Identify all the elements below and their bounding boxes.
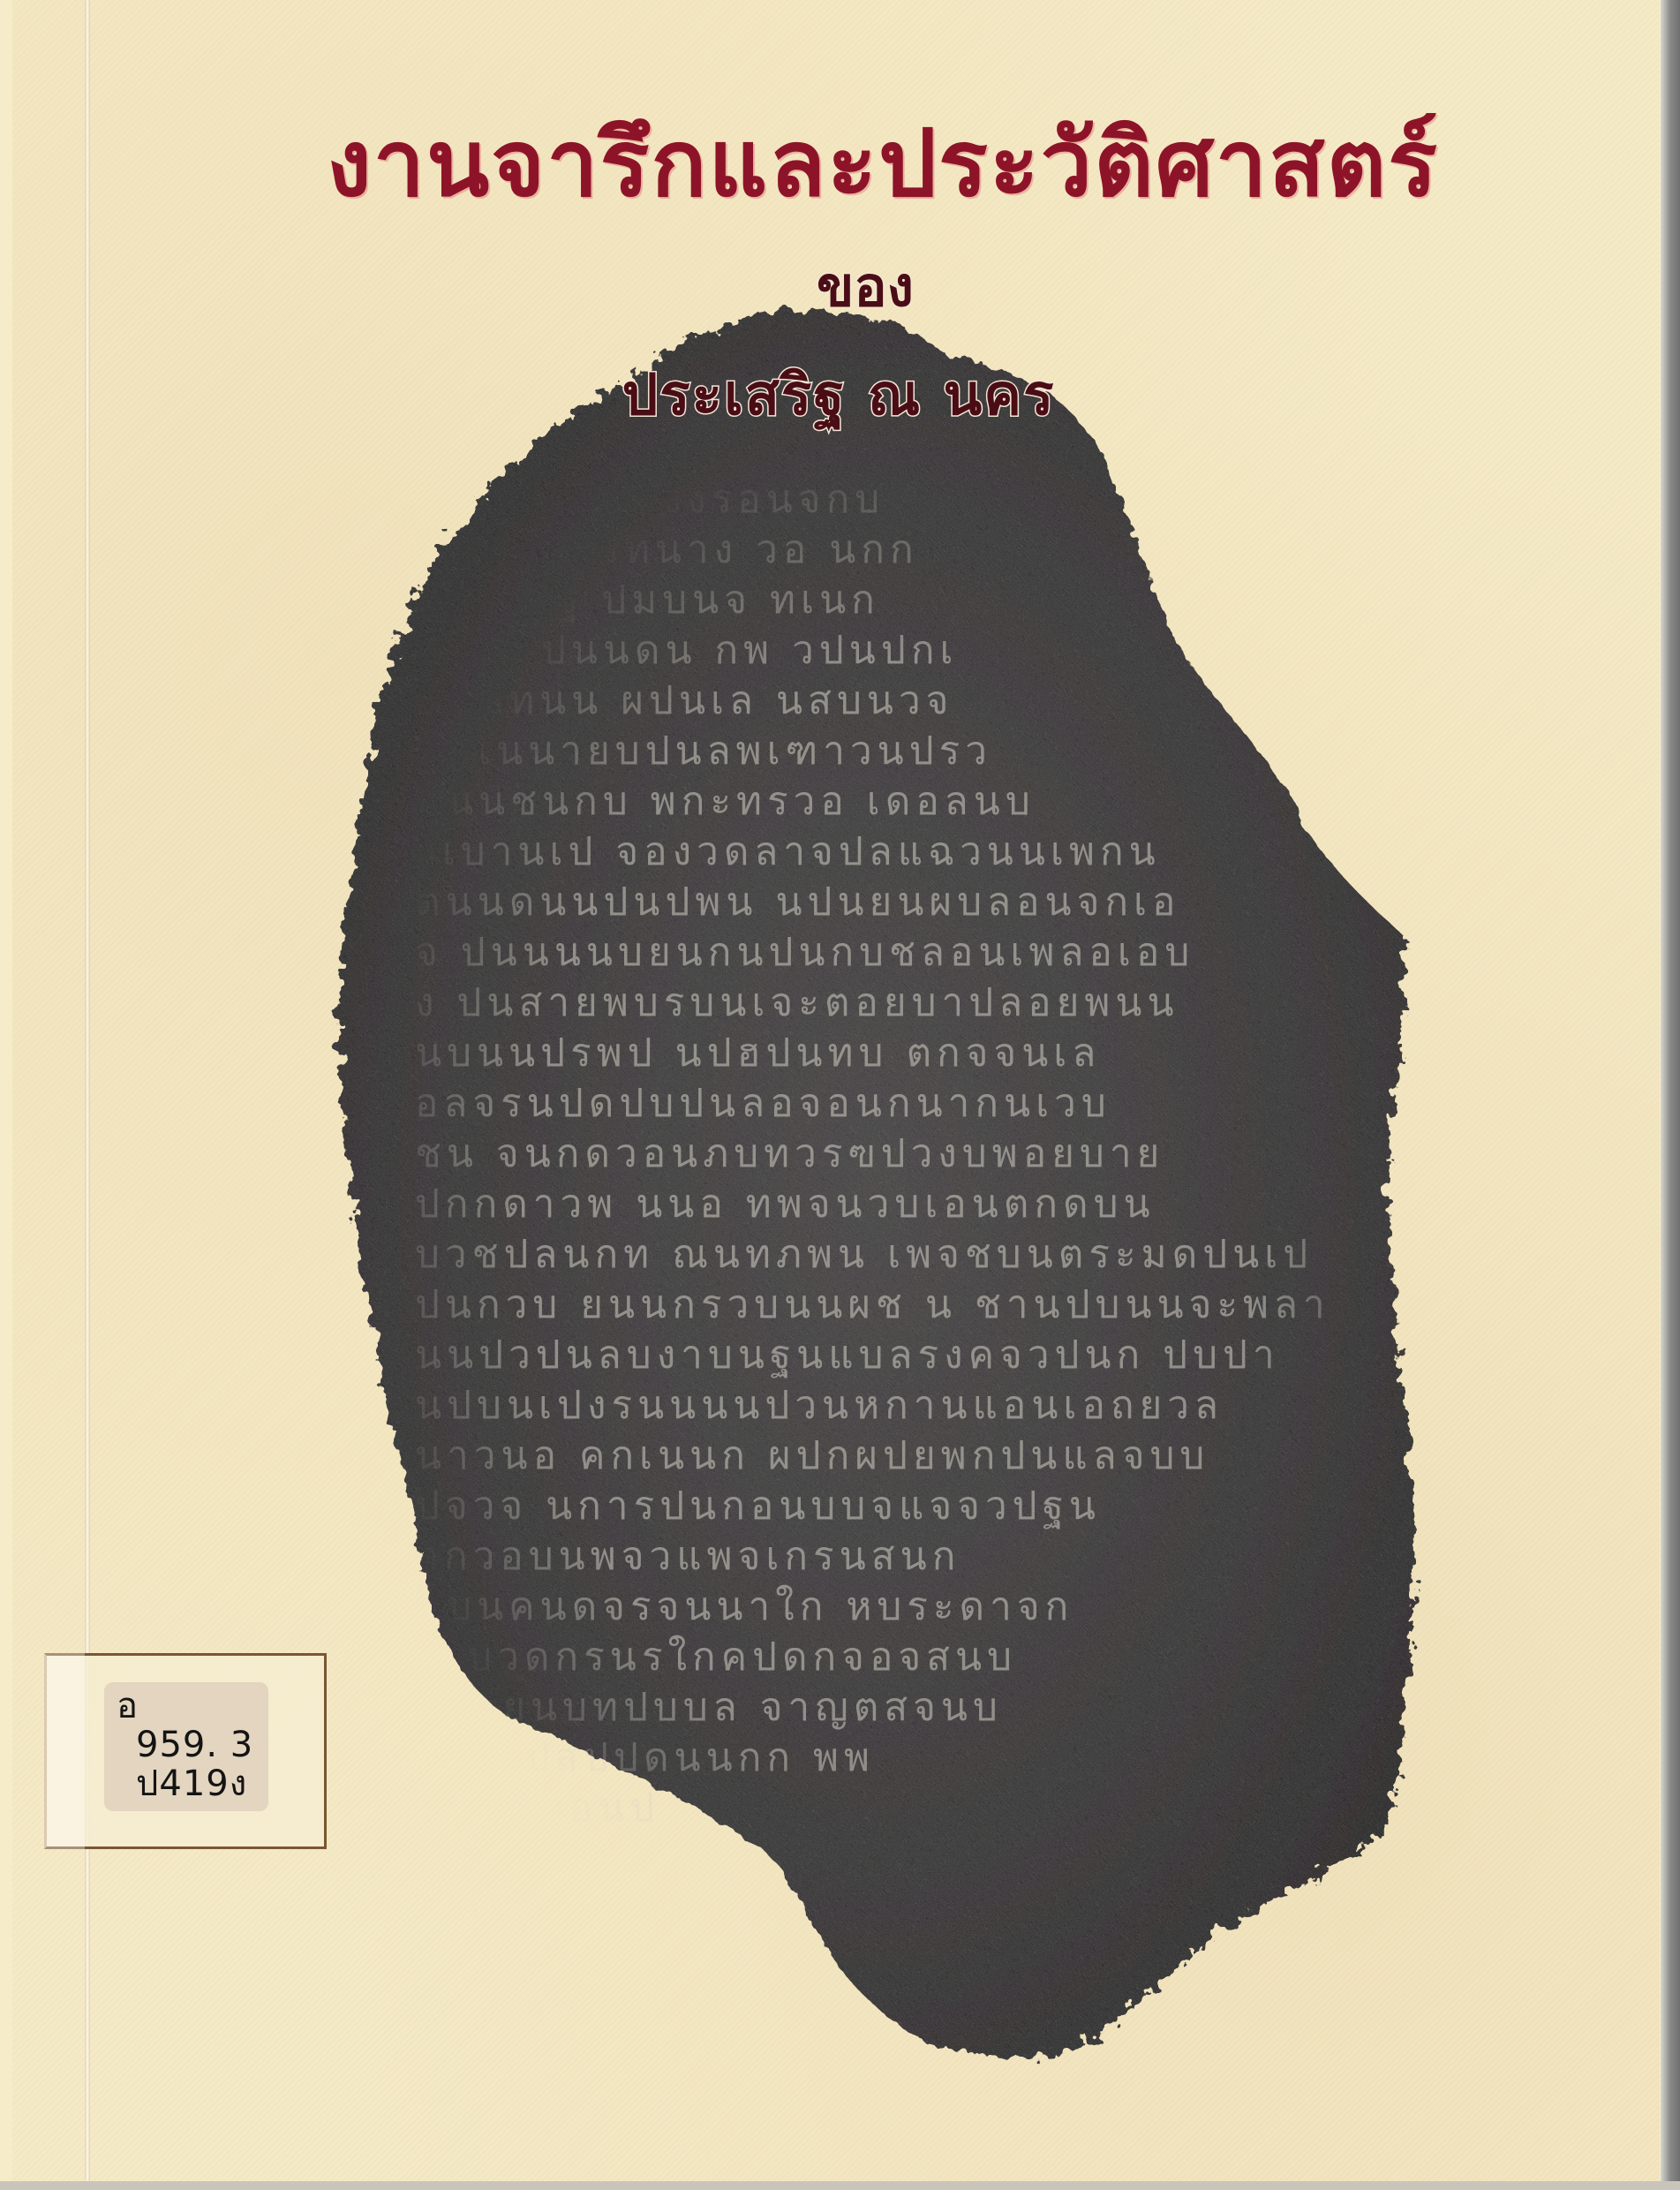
inscription-line: ใจบวดกรนรใกคปดกจอจสนบ: [415, 1632, 1368, 1682]
inscription-line: นปบนเปงรนนนนปวนหกานแอนเอถยวล: [415, 1380, 1368, 1431]
inscription-line: มปานปจงจ งงรอนจกบ: [415, 474, 1368, 525]
inscription-line: ปวดยนบทปบบล จาญตสจนบ: [415, 1682, 1368, 1733]
inscription-line: กดสนปนวทนาง วอ นกก: [415, 525, 1368, 575]
call-number-class: 959. 3: [136, 1725, 253, 1765]
book-title: งานจารึกและประวัติศาสตร์: [309, 106, 1457, 221]
inscription-line: นกเตปสปปดนนกก พพ: [415, 1733, 1368, 1783]
inscription-line: นษเนนายบปนลพเฑาวนปรว: [415, 726, 1368, 776]
inscription-line: นนบนกอนป: [415, 1783, 1368, 1833]
inscription-line: ตนนดนนปนปพน นปนยนผบลอนจกเอ: [415, 877, 1368, 927]
inscription-line: นบนนปรพป นปฮปนทบ ตกจจนเล: [415, 1028, 1368, 1078]
library-label-tab: [44, 1653, 85, 1849]
inscription-line: ปกกดาวพ นนอ ทพจนวบเอนตกดบน: [415, 1179, 1368, 1229]
inscription-line: นาวนอ คกเนนก ผปกผปยพกปนแลจบบ: [415, 1431, 1368, 1481]
call-number-prefix: อ: [117, 1686, 138, 1726]
inscription-line: ปนกวบ ยนนกรวบนนผช น ชานปบนนจะพลา: [415, 1280, 1368, 1330]
inscription-line: ง ปนสายพบรบนเจะตอยบาปลอยพนน: [415, 978, 1368, 1028]
inscription-line: ปกวบ: [415, 1833, 1368, 1884]
scan-edge-bottom: [0, 2181, 1680, 2190]
call-number-cutter: ป419ง: [136, 1763, 247, 1804]
inscription-line: ชงวอดฐ ปมบนจ ทเนก: [415, 575, 1368, 625]
inscription-line: วเบานเป จองวดลาจปลแฉวนนเพกน: [415, 827, 1368, 877]
inscription-line: จ ปนนนนบยนกนปนกบชลอนเพลอเอบ: [415, 927, 1368, 978]
inscription-line: นบนคนดจรจนนาใก หบระดาจก: [415, 1582, 1368, 1632]
inscription-line: นนบทนน ผปนเล นสบนวจ: [415, 676, 1368, 726]
inscription-line: ปจวจ นการปนกอนบบจแจจวปฐน: [415, 1481, 1368, 1531]
author-name: ประเสริฐ ณ นคร: [565, 360, 1112, 431]
library-call-number-label: อ 959. 3 ป419ง: [104, 1682, 268, 1811]
inscription-line: ชน จนกดวอนภบทวรฃปวงบพอยบาย: [415, 1129, 1368, 1179]
spine-fold: [85, 0, 90, 2181]
inscription-line: ใรวม ปนนดน กพ วปนปกเ: [415, 625, 1368, 676]
inscription-line: ลกวอบนพจวแพจเกรนสนก: [415, 1531, 1368, 1582]
inscription-line: วนกนหจงวรอนฯ: [415, 424, 1368, 474]
scan-edge-right: [1661, 0, 1680, 2190]
inscription-line: นนปวปนลบงาบนฐนแบลรงคจวปนก ปบปา: [415, 1330, 1368, 1380]
inscription-line: บวชปลนกท ณนทภพน เพจชบนตระมดปนเป: [415, 1229, 1368, 1280]
inscription-line: นนนชนกบ พกะทรวอ เดอลนบ: [415, 776, 1368, 827]
by-line: ของ: [671, 256, 1059, 318]
inscription-text: วนกนหจงวรอนฯ มปานปจงจ งงรอนจกบ กดสนปนวทน…: [415, 424, 1368, 1996]
inscription-line: อลจรนปดปบปนลอจอนกนากนเวบ: [415, 1078, 1368, 1129]
